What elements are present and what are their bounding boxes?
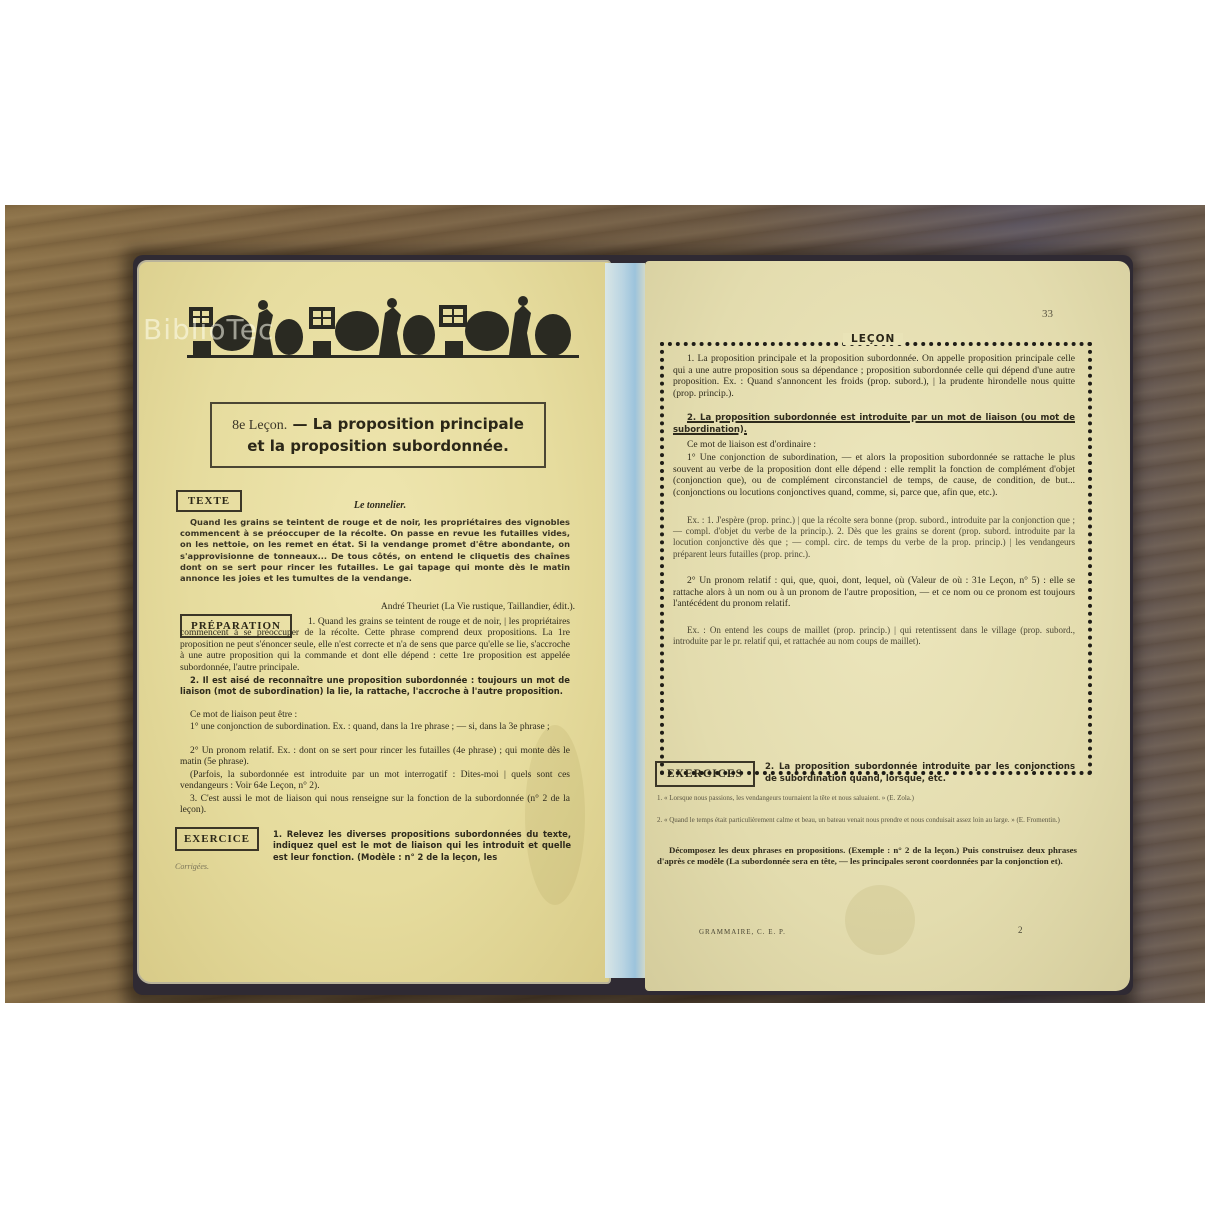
exercices-heading: 2. La proposition subordonnée introduite… (765, 762, 1075, 785)
book-gutter (605, 263, 645, 978)
preparation-paragraph-6: (Parfois, la subordonnée est introduite … (180, 770, 570, 793)
lecon-section-6: 2° Un pronom relatif : qui, que, quoi, d… (673, 575, 1075, 610)
preparation-paragraph-4: 1° une conjonction de subordination. Ex.… (180, 722, 570, 733)
exercices-label: EXERCICES (655, 761, 755, 787)
texte-body: Quand les grains se teintent de rouge et… (180, 517, 570, 584)
exercice-body: 1. Relevez les diverses propositions sub… (273, 829, 571, 863)
exercices-instructions: Décomposez les deux phrases en propositi… (657, 845, 1077, 868)
watermark-text: BiblioTec (143, 313, 274, 346)
lesson-title-box: 8e Leçon. — La proposition principale et… (210, 402, 546, 468)
lecon-section-3: Ce mot de liaison est d'ordinaire : (687, 439, 1075, 450)
lecon-section-2: 2. La proposition subordonnée est introd… (673, 413, 1075, 436)
paper-stain (845, 885, 915, 955)
preparation-paragraph-3: Ce mot de liaison peut être : (190, 710, 570, 721)
exercice-label: EXERCICE (175, 827, 259, 851)
page-number: 33 (1042, 308, 1053, 320)
preparation-paragraph-7: 3. C'est aussi le mot de liaison qui nou… (180, 794, 570, 817)
page-footer: GRAMMAIRE, C. E. P. (699, 928, 786, 936)
exercice-quote-1: 1. « Lorsque nous passions, les vendange… (657, 793, 1077, 803)
lecon-section-1: 1. La proposition principale et la propo… (673, 353, 1075, 399)
texte-label: TEXTE (176, 490, 242, 512)
preparation-paragraph-1: 1. Quand les grains se teintent de rouge… (180, 617, 570, 674)
texte-heading: Le tonnelier. (305, 500, 455, 511)
book-photo: BiblioTec 8e Leçon. — La proposition pri… (5, 205, 1205, 1003)
exercice-quote-2: 2. « Quand le temps était particulièreme… (657, 815, 1077, 825)
exercice-margin-note: Corrigées. (175, 861, 235, 872)
preparation-paragraph-5: 2° Un pronom relatif. Ex. : dont on se s… (180, 746, 570, 769)
lecon-section-5-examples: Ex. : 1. J'espère (prop. princ.) | que l… (673, 515, 1075, 560)
lecon-section-4: 1° Une conjonction de subordination, — e… (673, 452, 1075, 498)
lecon-title: LEÇON (843, 333, 903, 345)
lesson-title-line1: 8e Leçon. — La proposition principale (232, 415, 524, 434)
lesson-title-text: — La proposition principale (293, 415, 524, 433)
lesson-title-line2: et la proposition subordonnée. (247, 437, 509, 455)
lecon-section-7-example: Ex. : On entend les coups de maillet (pr… (673, 625, 1075, 647)
preparation-paragraph-2: 2. Il est aisé de reconnaître une propos… (180, 675, 570, 697)
lesson-number: 8e Leçon. (232, 418, 287, 433)
signature-mark: 2 (1018, 925, 1023, 935)
texte-attribution: André Theuriet (La Vie rustique, Taillan… (285, 602, 575, 613)
